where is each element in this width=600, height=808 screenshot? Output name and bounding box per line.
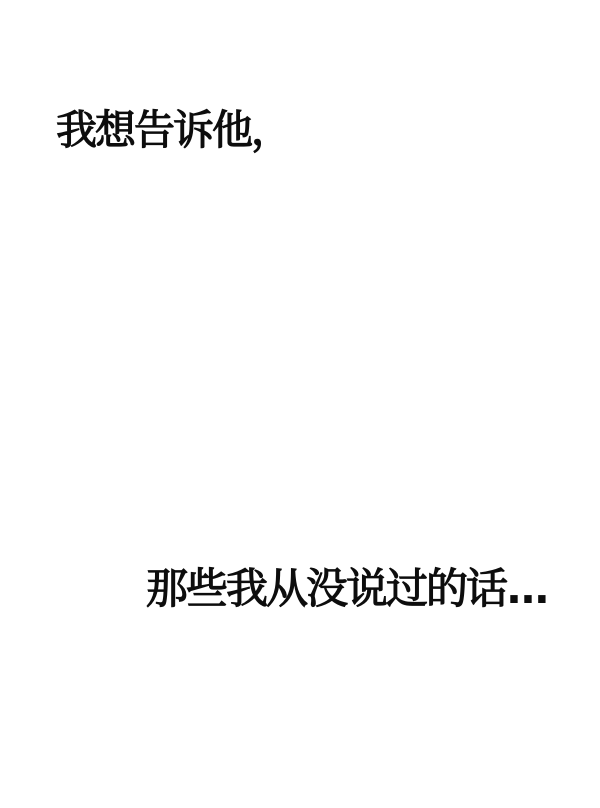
caption-bottom-text: 那些我从没说过的话... <box>146 566 548 612</box>
comic-panel: 我想告诉他， 那些我从没说过的话... <box>0 0 600 808</box>
caption-top-text: 我想告诉他， <box>56 108 290 153</box>
